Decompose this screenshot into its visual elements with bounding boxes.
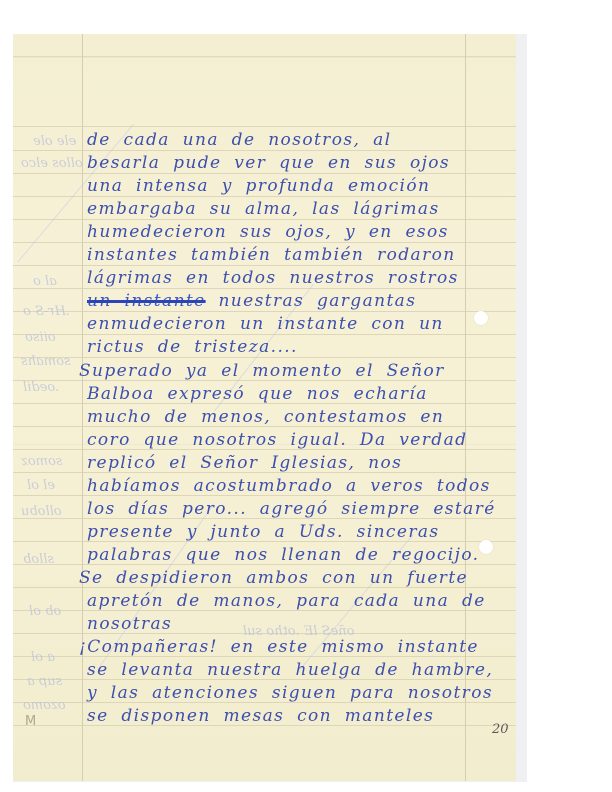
struck-through-text: un instante: [87, 291, 206, 311]
scanned-page: ele ole ollos elco al o .Hr-S o oiiso so…: [0, 0, 612, 792]
bleed-through-text: al o: [33, 274, 57, 289]
ruled-line: [13, 173, 516, 174]
handwritten-text: nuestras gargantas: [218, 291, 416, 311]
bleed-through-text: somoz: [21, 454, 63, 469]
handwritten-line: replicó el Señor Iglesias, nos: [87, 453, 507, 473]
handwritten-line: enmudecieron un instante con un: [87, 314, 507, 334]
paper-fold-crease: [13, 56, 516, 59]
bleed-through-text: somahs: [21, 354, 71, 369]
bleed-through-text: el ol: [27, 478, 55, 493]
bleed-through-text: .Hr-S o: [23, 304, 70, 319]
bleed-through-text: sup a: [27, 674, 62, 689]
bleed-through-text: ollos elco: [21, 156, 83, 171]
ruled-line: [13, 196, 516, 197]
handwritten-line: de cada una de nosotros, al: [87, 130, 507, 150]
handwritten-line: humedecieron sus ojos, y en esos: [87, 222, 507, 242]
handwritten-line: palabras que nos llenan de regocijo.: [87, 545, 507, 565]
handwritten-line: y las atenciones siguen para nosotros: [87, 683, 507, 703]
handwritten-line: una intensa y profunda emoción: [87, 176, 507, 196]
handwritten-line-with-strikethrough: un instante nuestras gargantas: [87, 291, 507, 311]
handwritten-line: coro que nosotros igual. Da verdad: [87, 430, 507, 450]
handwritten-line: presente y junto a Uds. sinceras: [87, 522, 507, 542]
ruled-line: [13, 150, 516, 151]
handwritten-line: ¡Compañeras! en este mismo instante: [79, 637, 499, 657]
bleed-through-text: ozomo: [23, 698, 66, 713]
ruled-line: [13, 219, 516, 220]
paper-sheet: ele ole ollos elco al o .Hr-S o oiiso so…: [13, 34, 516, 781]
handwritten-line: rictus de tristeza....: [87, 337, 507, 357]
ruled-line: [13, 357, 516, 358]
page-number: 20: [492, 722, 509, 737]
handwritten-line: Balboa expresó que nos echaría: [87, 384, 507, 404]
bleed-through-text: sllob: [23, 552, 54, 567]
bleed-through-text: ele ole: [33, 134, 76, 149]
handwritten-line: apretón de manos, para cada una de: [87, 591, 507, 611]
handwritten-line: besarla pude ver que en sus ojos: [87, 153, 507, 173]
handwritten-line: mucho de menos, contestamos en: [87, 407, 507, 427]
handwritten-line: nosotras: [87, 614, 507, 634]
bleed-through-text: oiiso: [25, 330, 56, 345]
bleed-through-text: a ol: [31, 650, 55, 665]
ruled-line: [13, 265, 516, 266]
handwritten-line: habíamos acostumbrado a veros todos: [87, 476, 507, 496]
handwritten-line: se disponen mesas con manteles: [87, 706, 507, 726]
bleed-through-text: ollobu: [21, 504, 62, 519]
handwritten-line: Se despidieron ambos con un fuerte: [79, 568, 499, 588]
ruled-line: [13, 311, 516, 312]
ruled-line: [13, 288, 516, 289]
handwritten-line: Superado ya el momento el Señor: [79, 361, 499, 381]
ruled-line: [13, 242, 516, 243]
handwritten-line: los días pero... agregó siempre estaré: [87, 499, 507, 519]
handwritten-line: lágrimas en todos nuestros rostros: [87, 268, 507, 288]
ruled-line: [13, 126, 516, 127]
corner-pencil-mark: M: [25, 714, 36, 729]
bleed-through-text: .oedil: [23, 380, 59, 395]
handwritten-line: se levanta nuestra huelga de hambre,: [87, 660, 507, 680]
handwritten-line: instantes también también rodaron: [87, 245, 507, 265]
ruled-line: [13, 334, 516, 335]
bleed-through-text: ob ol: [29, 604, 61, 619]
handwritten-line: embargaba su alma, las lágrimas: [87, 199, 507, 219]
left-margin-line: [82, 34, 83, 781]
